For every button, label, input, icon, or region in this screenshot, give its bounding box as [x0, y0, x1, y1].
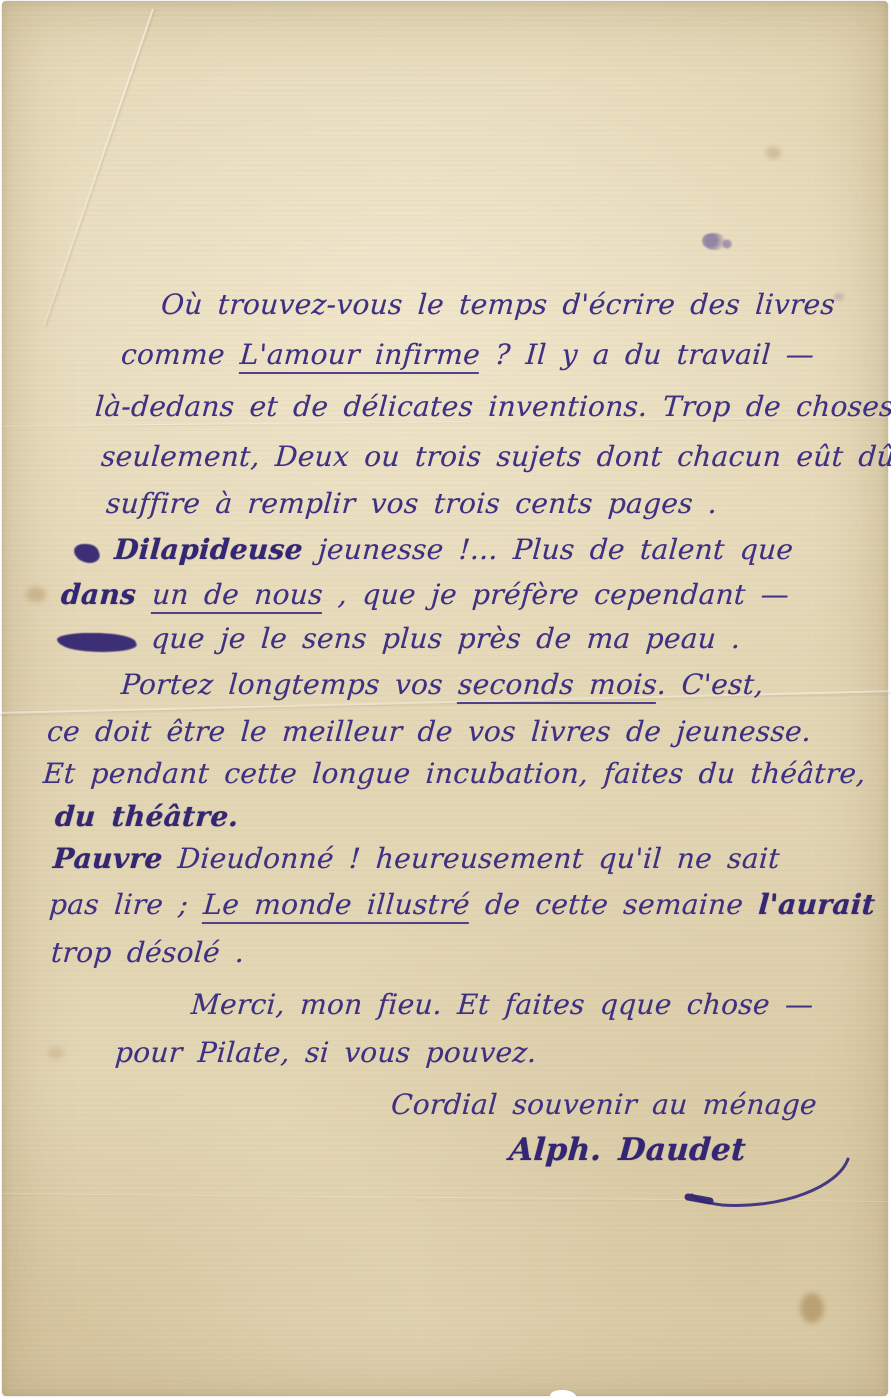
letter-line-17: pour Pilate, si vous pouvez. — [114, 1037, 538, 1069]
handwritten-text: Portez longtemps vos — [120, 668, 459, 701]
handwritten-text: comme — [120, 338, 241, 371]
foxing-spot — [800, 1293, 824, 1323]
handwritten-text: là-dedans et de délicates inventions. Tr… — [94, 390, 891, 423]
paper-crease-diagonal — [43, 9, 154, 326]
handwritten-text: ce doit être le meilleur de vos livres d… — [46, 715, 812, 748]
foxing-spot — [48, 1047, 64, 1059]
handwritten-text: , que je préfère cependant — — [322, 578, 791, 611]
handwritten-text: Dieudonné ! heureusement qu'il ne sait — [161, 842, 781, 875]
letter-line-1: Où trouvez-vous le temps d'écrire des li… — [160, 289, 836, 321]
underlined-phrase: seconds mois — [457, 668, 659, 704]
closing-line: Cordial souvenir au ménage — [390, 1089, 818, 1121]
letter-line-9: Portez longtemps vos seconds mois. C'est… — [120, 669, 765, 701]
ink-smudge — [702, 233, 728, 250]
crossed-out-word-scribble — [57, 633, 136, 651]
foxing-spot — [766, 147, 781, 159]
underlined-phrase: un de nous — [151, 578, 324, 614]
letter-line-14: pas lire ; Le monde illustré de cette se… — [48, 889, 876, 921]
handwritten-text: Et pendant cette longue incubation, fait… — [42, 757, 867, 790]
letter-line-3: là-dedans et de délicates inventions. Tr… — [94, 391, 891, 423]
letter-line-4: seulement, Deux ou trois sujets dont cha… — [100, 441, 891, 473]
letter-line-8: que je le sens plus près de ma peau . — [57, 623, 742, 655]
letter-line-13: Pauvre Dieudonné ! heureusement qu'il ne… — [52, 843, 781, 875]
handwritten-text: de cette semaine — [469, 888, 760, 921]
handwritten-text: Cordial souvenir au ménage — [390, 1088, 818, 1121]
crossed-out-word-scribble — [74, 544, 99, 562]
underlined-book-title: L'amour infirme — [239, 338, 482, 374]
paper-fold-line-lower — [0, 1193, 891, 1202]
paper-edge-notch — [550, 1389, 577, 1400]
handwritten-text: ? Il y a du travail — — [479, 338, 815, 371]
underlined-journal-title: Le monde illustré — [202, 888, 471, 924]
handwritten-text: l'aurait — [757, 888, 876, 921]
handwritten-text: pas lire ; — [48, 888, 205, 921]
handwritten-text: trop désolé . — [50, 936, 246, 969]
signature: Alph. Daudet — [508, 1132, 747, 1168]
ink-smudge — [721, 239, 733, 249]
handwritten-text: que je le sens plus près de ma peau . — [135, 622, 742, 655]
letter-page: Où trouvez-vous le temps d'écrire des li… — [2, 1, 888, 1396]
handwritten-text: seulement, Deux ou trois sujets dont cha… — [100, 440, 891, 473]
handwritten-text: Dilapideuse — [113, 533, 304, 566]
handwritten-text: du théâtre. — [54, 800, 240, 833]
handwritten-text: dans — [60, 578, 153, 611]
letter-line-6: Dilapideuse jeunesse !... Plus de talent… — [74, 534, 794, 566]
handwritten-text: Où trouvez-vous le temps d'écrire des li… — [160, 288, 836, 321]
letter-line-11: Et pendant cette longue incubation, fait… — [42, 758, 867, 790]
handwritten-text: . C'est, — [656, 668, 765, 701]
handwritten-text: pour Pilate, si vous pouvez. — [114, 1036, 538, 1069]
handwritten-text: jeunesse !... Plus de talent que — [302, 533, 795, 566]
letter-line-7: dans un de nous , que je préfère cependa… — [60, 579, 790, 611]
handwritten-text: Pauvre — [52, 842, 164, 875]
letter-line-5: suffire à remplir vos trois cents pages … — [105, 488, 718, 520]
letter-line-16: Merci, mon fieu. Et faites qque chose — — [190, 989, 815, 1021]
signature-line: Alph. Daudet — [508, 1133, 747, 1169]
foxing-spot — [26, 587, 46, 602]
letter-scan: Où trouvez-vous le temps d'écrire des li… — [0, 0, 891, 1400]
handwritten-text: suffire à remplir vos trois cents pages … — [105, 487, 719, 520]
letter-line-2: comme L'amour infirme ? Il y a du travai… — [120, 339, 815, 371]
letter-line-10: ce doit être le meilleur de vos livres d… — [46, 716, 812, 748]
handwritten-text: Merci, mon fieu. Et faites qque chose — — [190, 988, 815, 1021]
letter-line-15: trop désolé . — [50, 937, 246, 969]
letter-line-12: du théâtre. — [54, 801, 240, 833]
